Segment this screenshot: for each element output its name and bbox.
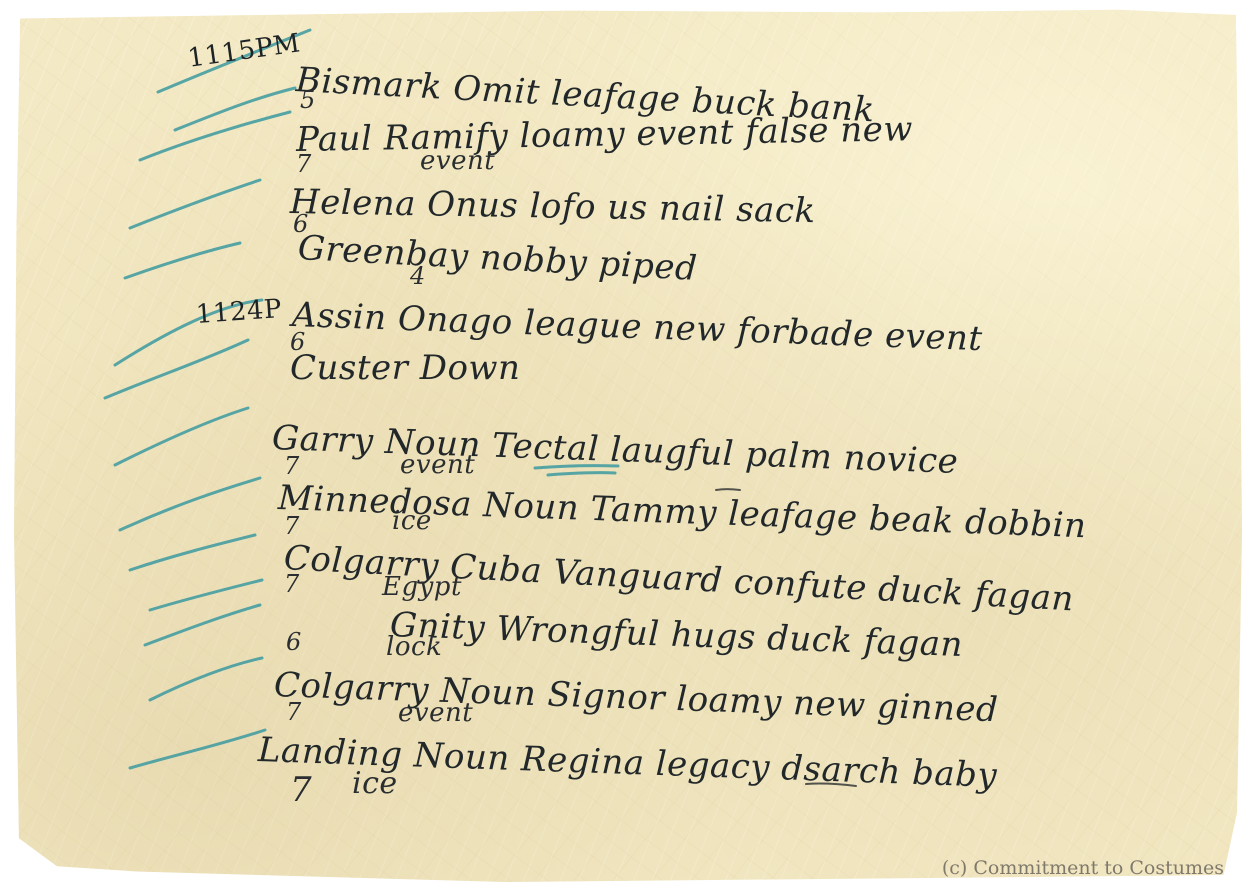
correction-annotation: ice [392,506,432,536]
message-line: Custer Down [290,348,520,388]
word-count: 6 [286,628,302,656]
word-count: 4 [410,262,426,290]
copyright-watermark: (c) Commitment to Costumes [942,857,1224,879]
word-count: 5 [300,86,316,114]
word-count: 7 [290,770,312,810]
word-count: 7 [284,570,300,598]
correction-annotation: lock [386,632,442,662]
correction-annotation: event [420,146,495,176]
word-count: 7 [286,698,302,726]
word-count: 7 [284,512,300,540]
timestamp: 1124P [195,294,283,330]
word-count: 7 [284,452,300,480]
word-count: 7 [296,150,312,178]
scanned-document: 1115PM Bismark Omit leafage buck bank 5 … [0,0,1250,895]
correction-annotation: ice [352,766,398,801]
correction-annotation: Egypt [382,572,462,602]
correction-annotation: event [398,698,473,728]
correction-annotation: event [400,450,475,480]
